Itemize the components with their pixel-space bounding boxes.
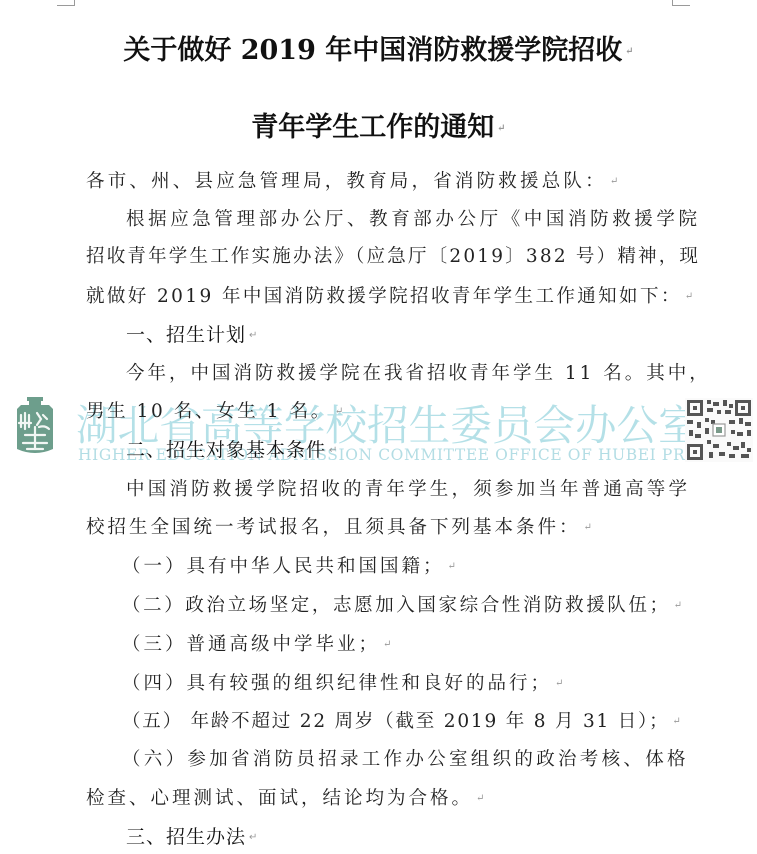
intro-line-3: 就做好 2019 年中国消防救援学院招收青年学生工作通知如下：↵ — [86, 285, 693, 309]
condition-item-5: （五） 年龄不超过 22 周岁（截至 2019 年 8 月 31 日）；↵ — [122, 710, 681, 734]
condition-item-4: （四）具有较强的组织纪律性和良好的品行；↵ — [122, 672, 563, 696]
condition-item-3: （三）普通高级中学毕业；↵ — [122, 633, 391, 657]
section-heading-3: 三、招生办法↵ — [126, 825, 257, 850]
condition-item-2: （二）政治立场坚定，志愿加入国家综合性消防救援队伍；↵ — [122, 594, 682, 618]
section-heading-1: 一、招生计划↵ — [126, 323, 257, 348]
page-corner-mark-left — [57, 0, 75, 6]
condition-item-1: （一）具有中华人民共和国国籍；↵ — [122, 555, 456, 579]
section-heading-2: 二、招生对象基本条件↵ — [126, 438, 337, 463]
section-1-line-2: 男生 10 名、女生 1 名。↵ — [86, 400, 343, 424]
page-corner-mark-right — [672, 0, 690, 6]
intro-line-1: 根据应急管理部办公厅、教育部办公厅《中国消防救援学院 — [126, 208, 701, 232]
qr-code-icon — [685, 398, 753, 462]
hubei-admission-logo-icon — [3, 397, 67, 461]
section-2-line-2: 校招生全国统一考试报名，且须具备下列基本条件：↵ — [86, 516, 592, 540]
salutation-line: 各市、州、县应急管理局，教育局，省消防救援总队：↵ — [86, 170, 618, 194]
condition-item-6-line-1: （六）参加省消防员招录工作办公室组织的政治考核、体格 — [122, 748, 689, 772]
section-2-line-1: 中国消防救援学院招收的青年学生，须参加当年普通高等学 — [126, 478, 690, 502]
condition-item-6-line-2: 检查、心理测试、面试，结论均为合格。↵ — [86, 787, 484, 811]
document-title-line-1: 关于做好 2019 年中国消防救援学院招收↵ — [0, 28, 757, 67]
intro-line-2: 招收青年学生工作实施办法》（应急厅〔2019〕382 号）精神，现 — [86, 245, 700, 269]
section-1-line-1: 今年，中国消防救援学院在我省招收青年学生 11 名。其中， — [126, 362, 711, 386]
document-title-line-2: 青年学生工作的通知↵ — [0, 105, 757, 144]
